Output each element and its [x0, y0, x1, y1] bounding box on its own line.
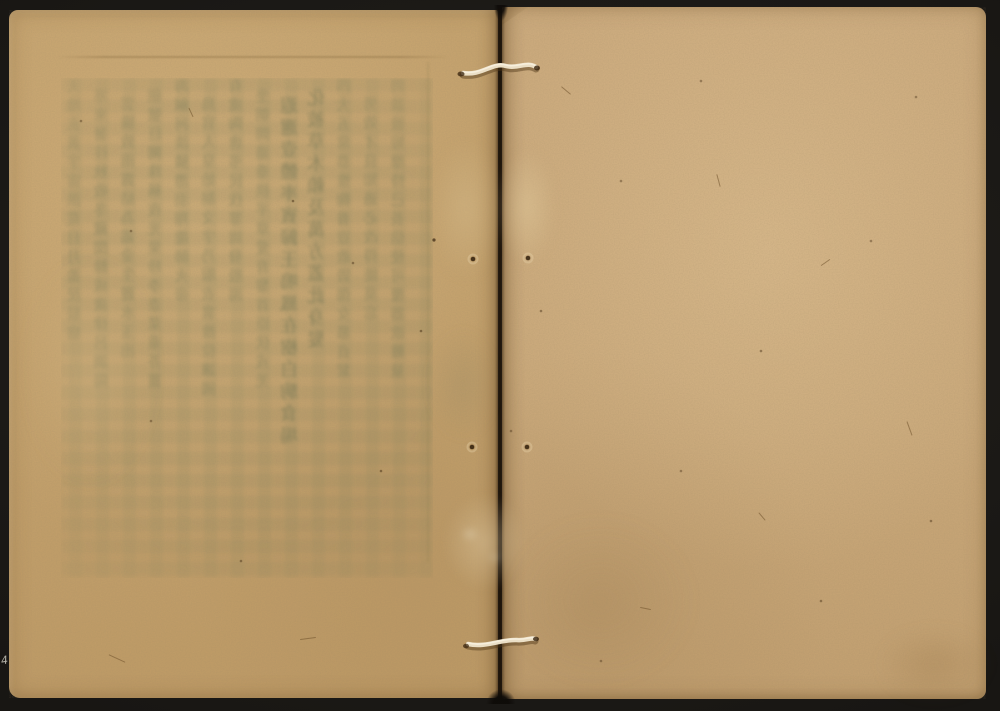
ghost-text-column: 遐邇壹體率賓歸王鳴鳳在樹白駒食場	[277, 96, 304, 578]
crease-line	[57, 56, 449, 58]
ghost-text-column: 坐朝問道垂拱平章愛育黎首臣伏戎羌	[250, 88, 277, 578]
ghost-text-column: 罔談彼短靡恃己長信使可覆器欲難量	[385, 78, 412, 578]
ghost-text-column: 鳥官人皇始制文字乃服衣裳推位讓國	[196, 96, 223, 578]
ghost-text-column: 海鹹河淡鱗潛羽翔龍師火帝	[169, 78, 196, 578]
paper-specks	[0, 0, 2, 2]
spine-gap-bottom	[485, 684, 517, 704]
ghost-text-column: 化被草木賴及萬方蓋此身髮	[304, 88, 331, 578]
stain	[28, 258, 153, 483]
margin-mark: 4	[0, 653, 9, 667]
stain	[428, 328, 498, 440]
ghost-text-column: 四大五常恭惟鞠養豈敢毀傷女慕貞絜	[331, 78, 358, 578]
stain	[878, 628, 990, 700]
stain	[430, 138, 502, 280]
ghost-text-column: 有虞陶唐弔民伐罪周發殷湯	[223, 78, 250, 578]
ghost-text-column: 男效才良知過必改得能莫忘	[358, 96, 385, 578]
photo-backdrop: 天地玄黃宇宙洪荒日月盈昃辰宿 寒來暑往秋收冬藏閏餘成歲律呂調陽 雲騰致雨露結為霜…	[0, 0, 1000, 711]
stain	[508, 518, 693, 683]
book-spine-gutter	[495, 9, 505, 698]
spine-gap-top	[493, 5, 509, 29]
stain	[498, 148, 556, 266]
